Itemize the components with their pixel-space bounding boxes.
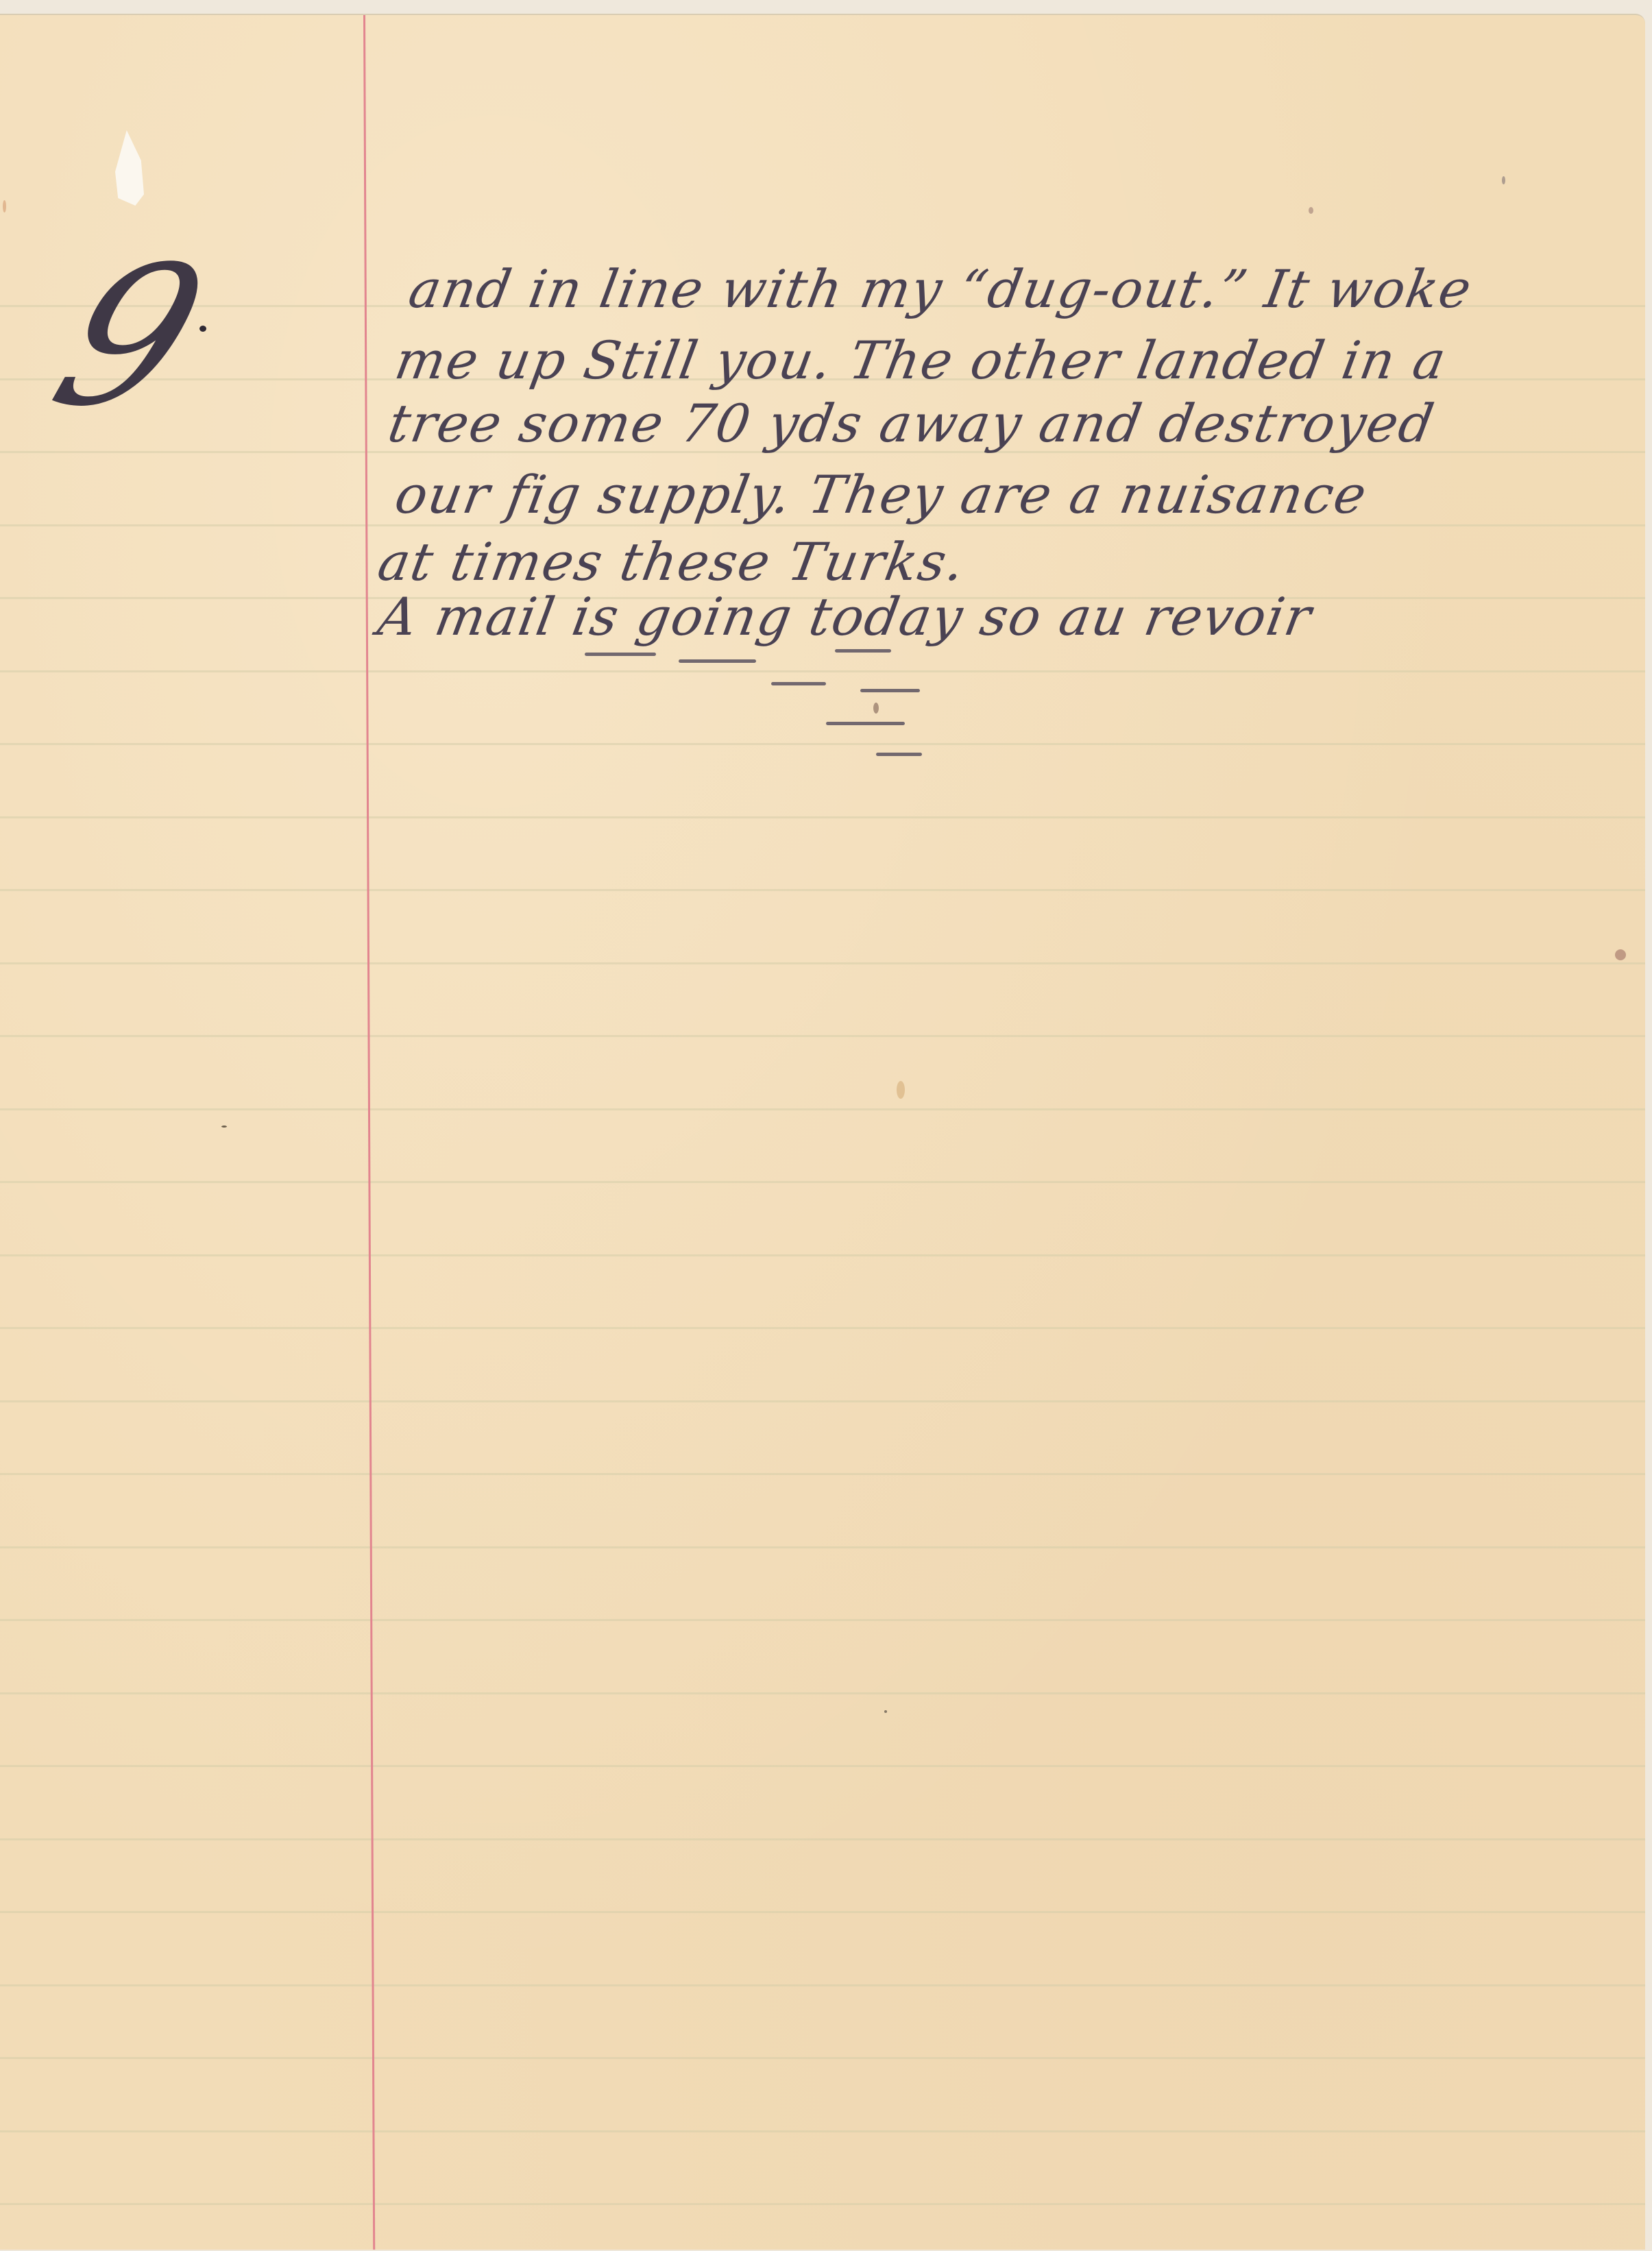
ruled-line xyxy=(0,962,1645,964)
ruled-line xyxy=(0,1035,1645,1037)
ink-speck xyxy=(1309,207,1313,214)
ink-blot xyxy=(873,703,879,714)
letter-line: our fig supply. They are a nuisance xyxy=(391,464,1372,525)
ruled-line xyxy=(0,2203,1645,2205)
letter-page: 9 and in line with my “dug-out.” It woke… xyxy=(0,14,1645,2250)
ruled-line xyxy=(0,1984,1645,1986)
flourish-dash xyxy=(679,659,756,663)
ruled-line xyxy=(0,1254,1645,1256)
page-number: 9 xyxy=(34,241,226,433)
ink-speck xyxy=(884,1710,887,1713)
ruled-line xyxy=(0,1619,1645,1621)
ruled-line xyxy=(0,2057,1645,2059)
letter-line: and in line with my “dug-out.” It woke xyxy=(404,258,1477,319)
ink-speck xyxy=(1502,176,1505,184)
letter-line: me up Still you. The other landed in a xyxy=(391,330,1452,391)
ruled-line xyxy=(0,1181,1645,1183)
ruled-line xyxy=(0,743,1645,745)
ruled-line xyxy=(0,889,1645,891)
ruled-line xyxy=(0,1911,1645,1913)
ink-speck xyxy=(1615,949,1626,960)
letter-line: at times these Turks. xyxy=(374,531,971,592)
ruled-line xyxy=(0,2130,1645,2132)
letter-line: A mail is going today so au revoir xyxy=(374,586,1317,647)
ruled-line xyxy=(0,1838,1645,1840)
stain-speck xyxy=(897,1081,905,1099)
ruled-line xyxy=(0,1108,1645,1110)
ruled-line xyxy=(0,816,1645,818)
flourish-dash xyxy=(826,722,905,725)
paper-tear xyxy=(115,130,144,206)
ruled-line xyxy=(0,1546,1645,1548)
flourish-dash xyxy=(771,682,826,685)
flourish-dash xyxy=(835,649,891,653)
ruled-line xyxy=(0,1473,1645,1475)
ruled-line xyxy=(0,670,1645,672)
flourish-dash xyxy=(860,689,920,692)
ruled-line xyxy=(0,1692,1645,1694)
ruled-line xyxy=(0,1327,1645,1329)
margin-rule xyxy=(363,15,375,2250)
ink-speck xyxy=(3,200,6,212)
page-number-period xyxy=(199,326,206,332)
letter-line: tree some 70 yds away and destroyed xyxy=(384,393,1440,454)
flourish-dash xyxy=(876,753,922,756)
ruled-line xyxy=(0,1400,1645,1402)
flourish-dash xyxy=(585,653,656,656)
ink-speck xyxy=(221,1125,227,1128)
ruled-line xyxy=(0,1765,1645,1767)
